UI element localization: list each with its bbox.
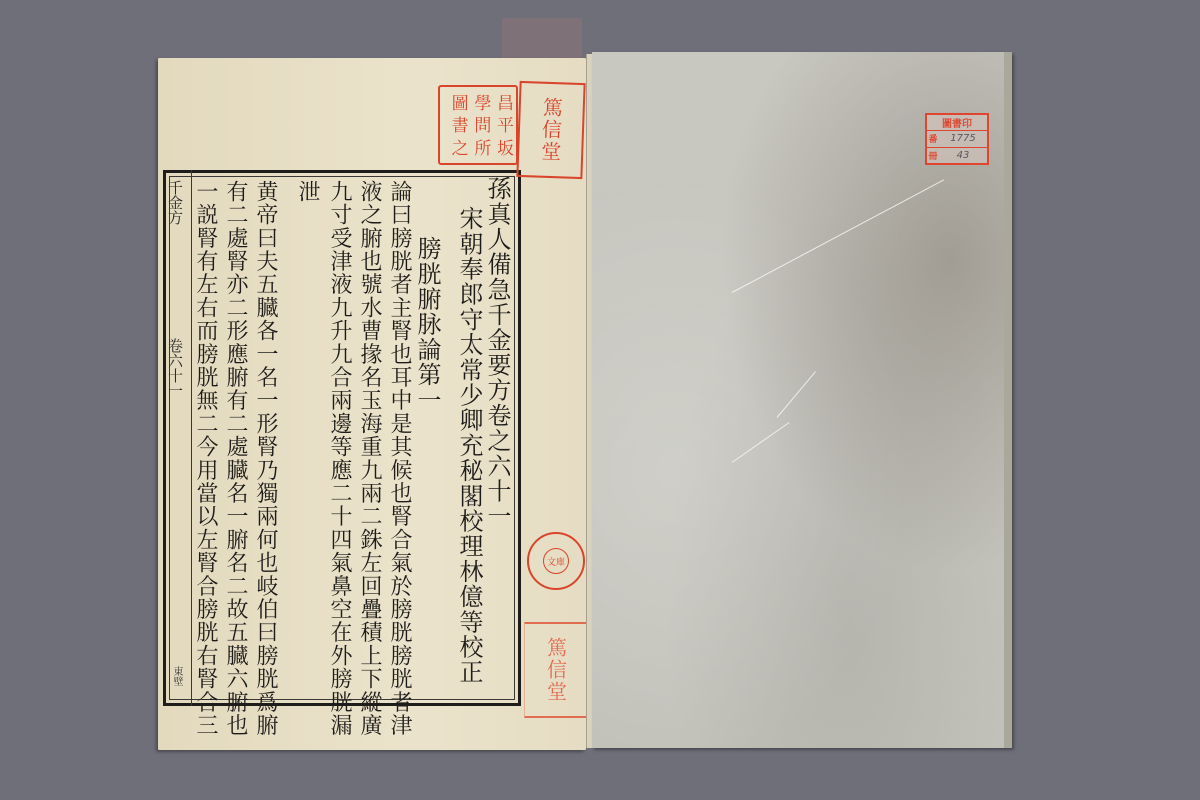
tokushindo-seal-top: 篤信堂 [516, 81, 585, 179]
catalog-number-seal: 圖書印 番1775 冊43 [925, 113, 989, 165]
header-line: 孫真人備急千金要方卷之六十一 [484, 176, 510, 529]
text-column-7: 一説腎有左右而膀胱無二今用當以左腎合膀胱右腎合三 [192, 180, 218, 737]
text-column-5: 黄帝曰夫五臓各一名一形腎乃獨兩何也岐伯曰膀胱爲腑 [252, 180, 278, 737]
text-column-3: 九寸受津液九升九合兩邊等應二十四氣鼻空在外膀胱漏 [326, 180, 352, 737]
text-column-4: 泄 [294, 180, 320, 203]
text-column-1: 論曰膀胱者主腎也耳中是其候也腎合氣於膀胱膀胱者津 [386, 180, 412, 737]
fold-title: 千金方 [166, 180, 184, 225]
fold-volume: 卷六十一 [166, 338, 184, 398]
square-library-seal: 昌 平 坂 學 問 所 圖 書 之 [438, 85, 518, 165]
background-label-strip [502, 18, 582, 58]
editor-line: 宋朝奉郎守太常少卿充秘閣校理林億等校正 [456, 206, 482, 685]
round-seal-center: 文庫 [543, 548, 569, 574]
chapter-title: 膀胱腑脉論第一 [414, 236, 440, 412]
fold-maker: 東壁 [166, 666, 184, 686]
tokushindo-seal-bottom: 篤信堂 [524, 622, 587, 718]
text-column-6: 有二處腎亦二形應腑有二處臓名一腑名二故五臓六腑也 [222, 180, 248, 737]
round-seal: 文庫 [527, 532, 585, 590]
text-column-2: 液之腑也號水曹掾名玉海重九兩二銖左回疊積上下縱廣 [356, 180, 382, 737]
centerfold-column [163, 170, 192, 706]
